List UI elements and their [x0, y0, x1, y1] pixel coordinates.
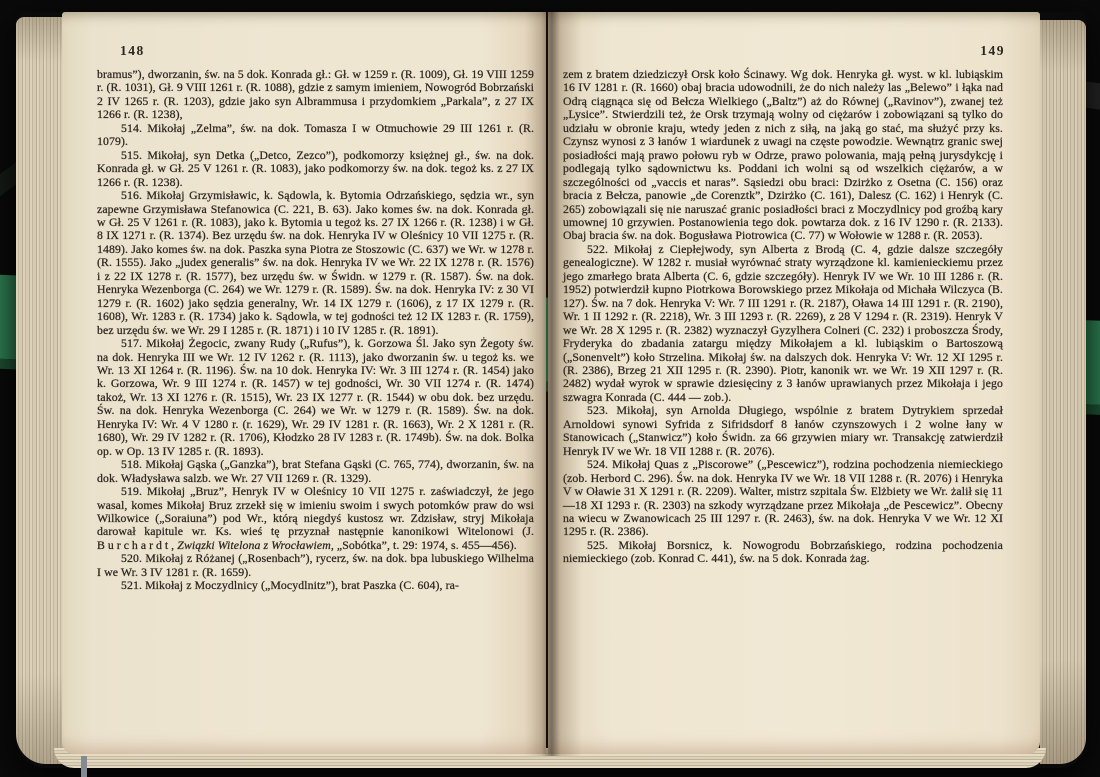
paragraph: 517. Mikołaj Żegocic, zwany Rudy („Rufus… [97, 337, 534, 458]
spaced-text: Burchardt [97, 538, 171, 552]
paragraph: 518. Mikołaj Gąska („Ganzka”), brat Stef… [97, 458, 534, 485]
right-page: 149 zem z bratem dziedziczył Orsk koło Ś… [548, 12, 1040, 754]
left-page: 148 bramus”), dworzanin, św. na 5 dok. K… [62, 12, 546, 754]
page-stack-left [16, 17, 64, 764]
paragraph: 516. Mikołaj Grzymisławic, k. Sądowla, k… [97, 189, 534, 337]
text-run: 519. Mikołaj „Bruz”, Henryk IV w Oleśnic… [97, 484, 534, 538]
page-number-left: 148 [120, 43, 145, 59]
paragraph: 522. Mikołaj z Ciepłejwody, syn Alberta … [563, 243, 1003, 404]
book: 148 bramus”), dworzanin, św. na 5 dok. K… [16, 12, 1086, 768]
paragraph: bramus”), dworzanin, św. na 5 dok. Konra… [97, 68, 534, 122]
text-run: , „Sobótka”, t. 29: 1974, s. 455—456). [331, 538, 517, 552]
paragraph: 525. Mikołaj Borsnicz, k. Nowogrodu Bobr… [563, 539, 1003, 566]
paragraph: 514. Mikołaj „Zelma”, św. na dok. Tomasz… [97, 122, 534, 149]
paragraph: 521. Mikołaj z Moczydlnicy („Mocydlnitz”… [97, 579, 534, 592]
page-stack-right [1040, 20, 1086, 764]
paragraph: 515. Mikołaj, syn Detka („Detco, Zezco”)… [97, 149, 534, 189]
paragraph: 524. Mikołaj Quas z „Piscorowe” („Pescew… [563, 458, 1003, 539]
paragraph: zem z bratem dziedziczył Orsk koło Ścina… [563, 68, 1003, 243]
left-page-text: bramus”), dworzanin, św. na 5 dok. Konra… [97, 68, 534, 593]
right-page-text: zem z bratem dziedziczył Orsk koło Ścina… [563, 68, 1003, 566]
page-number-right: 149 [980, 43, 1005, 59]
paragraph: 519. Mikołaj „Bruz”, Henryk IV w Oleśnic… [97, 485, 534, 552]
photo-background: { "scene": { "background_color": "#0a0a0… [0, 0, 1100, 777]
italic-text: Związki Witelona z Wrocławiem [177, 538, 331, 552]
paragraph: 523. Mikołaj, syn Arnolda Długiego, wspó… [563, 404, 1003, 458]
bookmark-tab [81, 756, 87, 777]
paragraph: 520. Mikołaj z Różanej („Rosenbach”), ry… [97, 552, 534, 579]
